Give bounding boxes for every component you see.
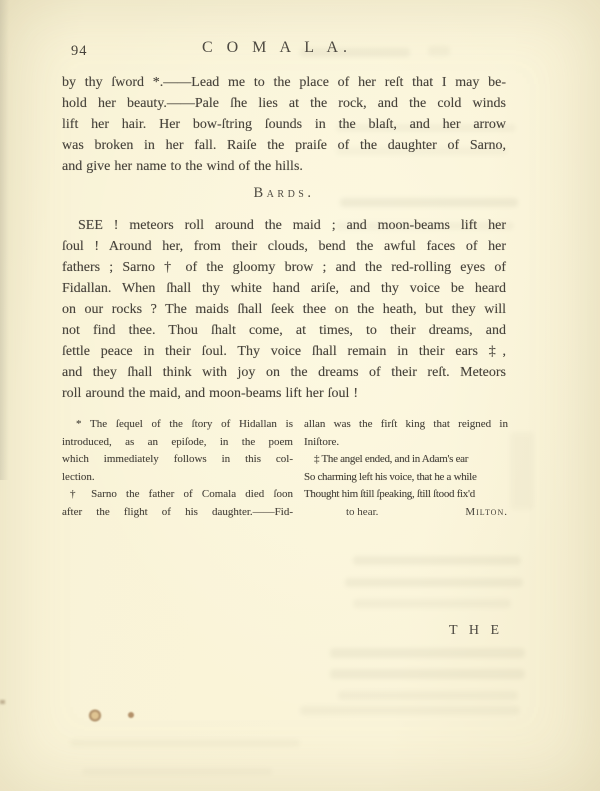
foxing-spot-small <box>128 712 134 718</box>
text-line: hold her beauty.——Pale ſhe lies at the r… <box>62 93 506 114</box>
show-through-smudge <box>70 739 300 747</box>
bards-speech-paragraph: SEE ! meteors roll around the maid ; and… <box>62 215 506 404</box>
footnote-line: to hear. Milton. <box>304 504 508 522</box>
left-edge-shadow <box>0 0 9 480</box>
quote-closing-text: to hear. <box>304 504 378 522</box>
footnote-column-left: * The ſequel of the ſtory of Hidallan is… <box>62 416 293 521</box>
footnote-line: Iniſtore. <box>304 434 508 452</box>
footnote-line: allan was the firſt king that reigned in <box>304 416 508 434</box>
text-line: SEE ! meteors roll around the maid ; and… <box>62 215 506 236</box>
show-through-smudge <box>345 578 523 587</box>
text-line: roll around the maid, and moon-beams lif… <box>62 383 506 404</box>
footnote-line: lection. <box>62 469 293 487</box>
text-line: by thy ſword *.——Lead me to the place of… <box>62 72 506 93</box>
speaker-heading-bards: Bards. <box>62 185 506 202</box>
catchword: T H E <box>62 623 503 639</box>
book-page-scan: 94 C O M A L A. by thy ſword *.——Lead me… <box>0 0 600 791</box>
text-line: not find thee. Thou ſhalt come, at times… <box>62 320 506 341</box>
footnote-line: Thought him ſtill ſpeaking, ſtill ſtood … <box>304 486 508 504</box>
footnote-line: which immediately follows in this col- <box>62 451 293 469</box>
text-line: lift her hair. Her bow-ſtring ſounds in … <box>62 114 506 135</box>
text-line: was broken in her fall. Raiſe the praiſe… <box>62 135 506 156</box>
show-through-smudge <box>330 648 525 658</box>
footnote-line: after the flight of his daughter.——Fid- <box>62 504 293 522</box>
running-header-title: C O M A L A. <box>62 39 492 57</box>
text-line: fathers ; Sarno † of the gloomy brow ; a… <box>62 257 506 278</box>
show-through-smudge <box>353 599 511 608</box>
footnote-line: So charming left his voice, that he a wh… <box>304 469 508 487</box>
edge-blemish <box>0 700 5 704</box>
footnote-line: introduced, as an epiſode, in the poem <box>62 434 293 452</box>
show-through-smudge <box>353 556 521 565</box>
text-line: on our rocks ? The maids ſhall ſeek thee… <box>62 299 506 320</box>
text-line: and give her name to the wind of the hil… <box>62 156 506 177</box>
footnote-line: * The ſequel of the ſtory of Hidallan is <box>62 416 293 434</box>
show-through-smudge <box>82 768 272 775</box>
footnote-line: † Sarno the father of Comala died ſoon <box>62 486 293 504</box>
footnote-line: ‡ The angel ended, and in Adam's ear <box>304 451 508 469</box>
foxing-spot-large <box>88 709 102 722</box>
footnote-column-right: allan was the firſt king that reigned in… <box>304 416 508 521</box>
paragraph-continuation: by thy ſword *.——Lead me to the place of… <box>62 72 506 177</box>
quote-attribution: Milton. <box>465 504 508 522</box>
show-through-smudge <box>300 706 520 715</box>
footnotes-section: * The ſequel of the ſtory of Hidallan is… <box>62 416 508 521</box>
show-through-smudge <box>330 669 525 679</box>
text-line: ſoul ! Around her, from their clouds, be… <box>62 236 506 257</box>
text-line: and they ſhall think with joy on the dre… <box>62 362 506 383</box>
text-line: Fidallan. When ſhall thy white hand ariſ… <box>62 278 506 299</box>
text-line: ſettle peace in their ſoul. Thy voice ſh… <box>62 341 506 362</box>
show-through-smudge <box>338 691 518 700</box>
show-through-smudge <box>510 432 534 510</box>
